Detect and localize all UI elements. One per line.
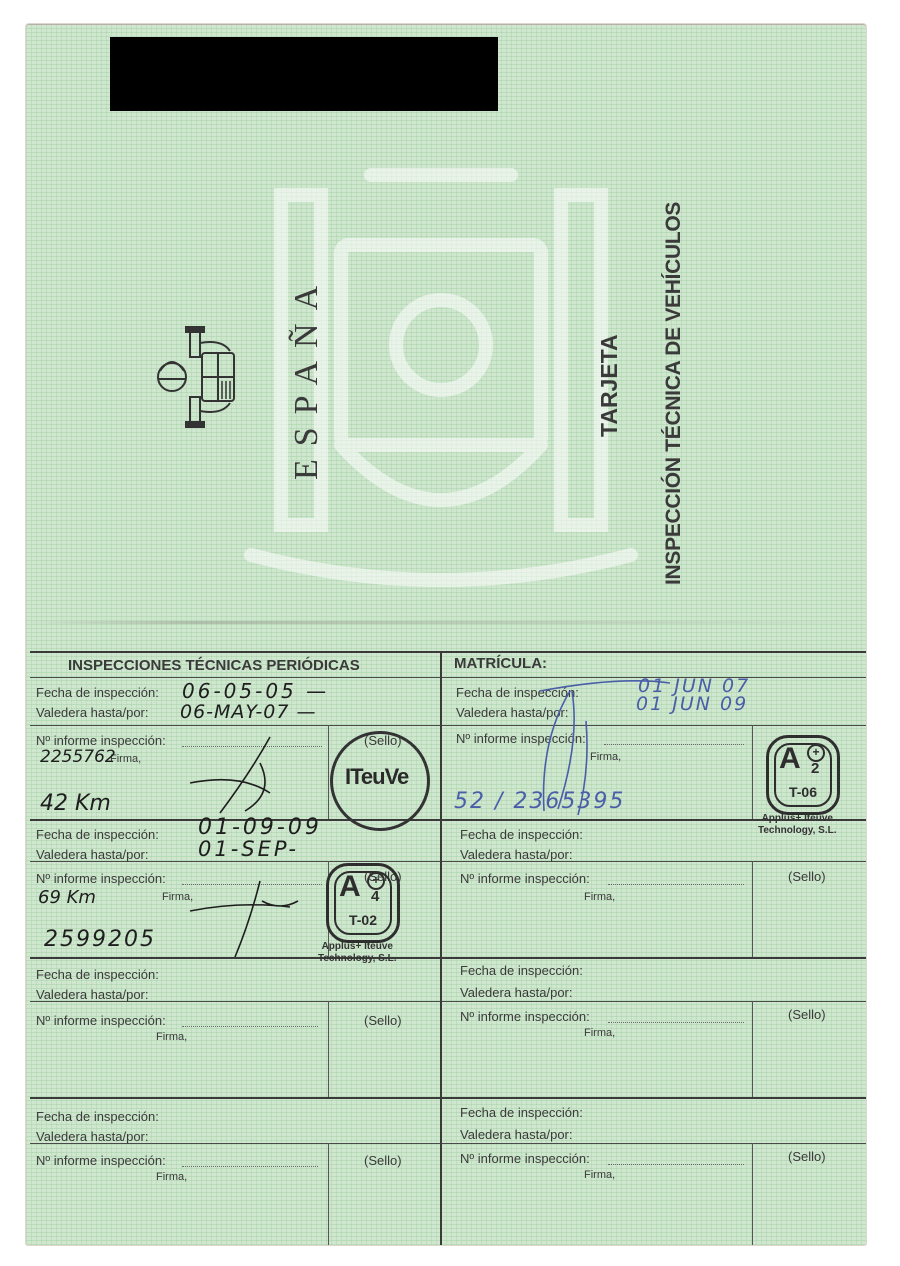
valedera-value: 01-SEP- — [198, 837, 299, 861]
sello-label: (Sello) — [788, 1149, 826, 1164]
signature — [150, 733, 310, 813]
applus-stamp: A+ 4 T-02 — [326, 863, 400, 943]
fecha-label: Fecha de inspección: — [36, 827, 159, 842]
applus-company: Applus+ Iteuve Technology, S.L. — [318, 941, 397, 965]
informe-value: 2599205 — [44, 927, 156, 952]
informe-value: 2255762 — [40, 747, 116, 767]
valedera-label: Valedera hasta/por: — [460, 847, 573, 862]
coat-of-arms-icon — [152, 323, 248, 431]
valedera-value: 06-MAY-07 — — [180, 701, 317, 723]
informe-label: Nº informe inspección: — [460, 1009, 590, 1024]
fecha-label: Fecha de inspección: — [460, 827, 583, 842]
valedera-label: Valedera hasta/por: — [36, 705, 149, 720]
informe-label: Nº informe inspección: — [460, 871, 590, 886]
header-matricula: MATRÍCULA: — [454, 655, 547, 672]
fold-crease — [26, 621, 866, 624]
firma-label: Firma, — [584, 891, 615, 903]
informe-label: Nº informe inspección: — [36, 1013, 166, 1028]
firma-label: Firma, — [584, 1169, 615, 1181]
inspection-stamp-round: ITeuVe — [330, 731, 430, 831]
fecha-label: Fecha de inspección: — [460, 963, 583, 978]
informe-label: Nº informe inspección: — [36, 733, 166, 748]
coat-of-arms-watermark — [221, 135, 651, 615]
country-name: ESPAÑA — [288, 273, 326, 480]
valedera-label: Valedera hasta/por: — [36, 1129, 149, 1144]
fecha-label: Fecha de inspección: — [36, 967, 159, 982]
applus-company: Applus+ Iteuve Technology, S.L. — [758, 813, 837, 837]
signature — [500, 681, 680, 821]
signature — [180, 871, 330, 961]
redaction-box — [110, 37, 498, 111]
km-note: 69 Km — [38, 887, 96, 908]
valedera-label: Valedera hasta/por: — [460, 985, 573, 1000]
informe-label: Nº informe inspección: — [460, 1151, 590, 1166]
sello-label: (Sello) — [788, 869, 826, 884]
valedera-label: Valedera hasta/por: — [36, 987, 149, 1002]
firma-label: Firma, — [156, 1171, 187, 1183]
sello-label: (Sello) — [788, 1007, 826, 1022]
valedera-label: Valedera hasta/por: — [460, 1127, 573, 1142]
fecha-value: 06-05-05 — — [182, 679, 329, 703]
valedera-label: Valedera hasta/por: — [36, 847, 149, 862]
fecha-label: Fecha de inspección: — [36, 685, 159, 700]
header-periodic-inspections: INSPECCIONES TÉCNICAS PERIÓDICAS — [68, 657, 360, 674]
sello-label: (Sello) — [364, 1153, 402, 1168]
card-title: TARJETA — [596, 334, 623, 437]
itv-card: ESPAÑA TARJETA INSPECCIÓN TÉCNICA DE VEH… — [26, 24, 866, 1245]
fecha-label: Fecha de inspección: — [36, 1109, 159, 1124]
card-subtitle: INSPECCIÓN TÉCNICA DE VEHÍCULOS — [662, 202, 686, 585]
km-note: 42 Km — [40, 791, 111, 816]
informe-label: Nº informe inspección: — [36, 871, 166, 886]
sello-label: (Sello) — [364, 1013, 402, 1028]
informe-label: Nº informe inspección: — [36, 1153, 166, 1168]
fecha-label: Fecha de inspección: — [460, 1105, 583, 1120]
firma-label: Firma, — [584, 1027, 615, 1039]
firma-label: Firma, — [156, 1031, 187, 1043]
applus-stamp: A+ 2 T-06 — [766, 735, 840, 815]
